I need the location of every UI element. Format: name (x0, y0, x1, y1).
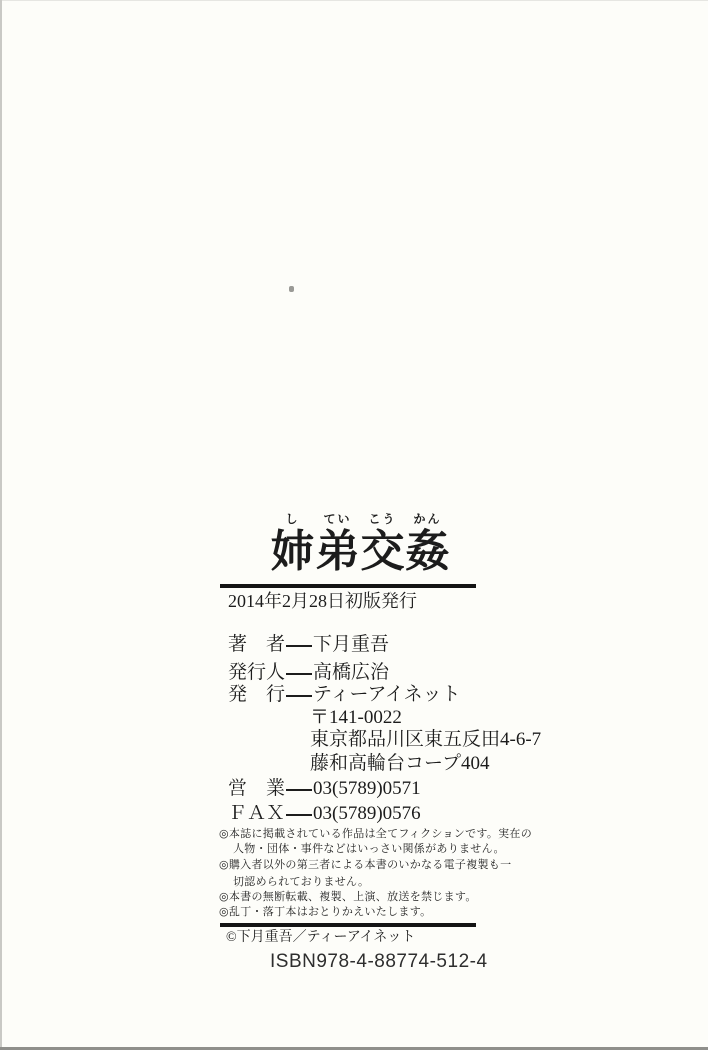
notice-line: 人物・団体・事件などはいっさい関係がありません。 (233, 843, 505, 856)
edition-date: 2014年2月28日初版発行 (228, 591, 417, 611)
title-kanji: 姦 (406, 529, 450, 575)
contact-value: 03(5789)0576 (313, 803, 421, 824)
dash-connector: —— (286, 686, 313, 705)
notice-line: ◎購入者以外の第三者による本書のいかなる電子複製も一 (219, 859, 511, 872)
title-char: こう 交 (360, 512, 405, 575)
contact-label: 営 業 (228, 778, 286, 799)
contact-row-sales: 営 業——03(5789)0571 (228, 778, 421, 799)
credit-label: 発 行 (228, 684, 286, 705)
colophon-page: し 姉 てい 弟 こう 交 かん 姦 2014年2月28日初版発行 著 者——下… (0, 0, 708, 1050)
scan-edge-top (0, 0, 708, 1)
publisher-address-line1: 東京都品川区東五反田4-6-7 (310, 729, 541, 750)
scan-edge-left (0, 0, 2, 1050)
credit-label: 著 者 (228, 634, 286, 655)
title-char: し 姉 (270, 512, 315, 575)
isbn-number: ISBN978-4-88774-512-4 (270, 951, 488, 973)
credit-label: 発行人 (228, 662, 286, 683)
credit-value: ティーアイネット (313, 684, 461, 705)
title-char: てい 弟 (315, 512, 360, 575)
notice-line: ◎本書の無断転載、複製、上演、放送を禁じます。 (219, 891, 477, 904)
contact-value: 03(5789)0571 (313, 778, 421, 799)
title-char: かん 姦 (405, 512, 450, 575)
title-kanji: 交 (361, 529, 405, 575)
contact-label: ＦＡＸ (228, 803, 286, 824)
dash-connector: —— (286, 636, 313, 655)
credit-value: 高橋広治 (313, 662, 389, 683)
notice-line: ◎本誌に掲載されている作品は全てフィクションです。実在の (219, 828, 532, 841)
title-kanji: 弟 (316, 529, 360, 575)
contact-row-fax: ＦＡＸ——03(5789)0576 (228, 803, 421, 824)
credit-row-publisher: 発 行——ティーアイネット (228, 684, 461, 705)
dash-connector: —— (286, 805, 313, 824)
dash-connector: —— (286, 780, 313, 799)
title-divider-rule (220, 584, 476, 588)
dash-connector: —— (286, 664, 313, 683)
copyright-line: ©下月重吾／ティーアイネット (226, 930, 415, 946)
notice-line: 切認められておりません。 (233, 876, 369, 889)
credit-row-issuer: 発行人——高橋広治 (228, 662, 389, 683)
scan-dust-speck (289, 286, 294, 292)
footer-divider-rule (220, 923, 476, 927)
credit-value: 下月重吾 (313, 634, 389, 655)
notice-line: ◎乱丁・落丁本はおとりかえいたします。 (219, 906, 431, 919)
book-title: し 姉 てい 弟 こう 交 かん 姦 (270, 512, 450, 575)
publisher-postal-code: 〒141-0022 (310, 707, 402, 728)
title-kanji: 姉 (271, 529, 315, 575)
publisher-address-line2: 藤和高輪台コープ404 (310, 753, 490, 774)
credit-row-author: 著 者——下月重吾 (228, 634, 389, 655)
